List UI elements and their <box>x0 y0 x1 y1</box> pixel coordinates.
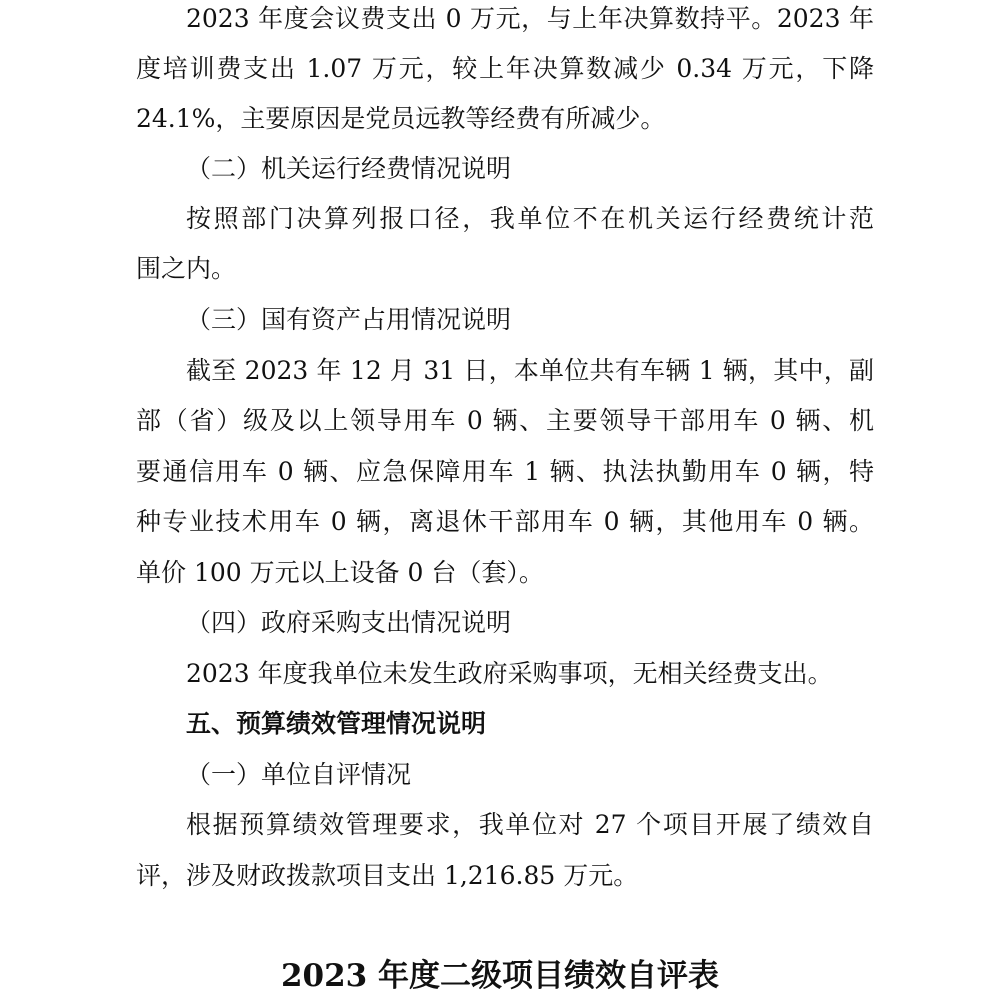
paragraph-line: 根据预算绩效管理要求，我单位对 27 个项目开展了绩效自 <box>186 808 874 842</box>
table-title: 2023 年度二级项目绩效自评表 <box>0 956 1000 996</box>
paragraph-line: 24.1%，主要原因是党员远教等经费有所减少。 <box>136 102 874 136</box>
paragraph-line: 度培训费支出 1.07 万元，较上年决算数减少 0.34 万元，下降 <box>136 52 874 86</box>
paragraph-line: 要通信用车 0 辆、应急保障用车 1 辆、执法执勤用车 0 辆，特 <box>136 455 874 489</box>
section-heading: （三）国有资产占用情况说明 <box>186 303 874 337</box>
part-heading: 五、预算绩效管理情况说明 <box>186 707 874 741</box>
section-heading: （一）单位自评情况 <box>186 758 874 792</box>
paragraph-line: 种专业技术用车 0 辆，离退休干部用车 0 辆，其他用车 0 辆。 <box>136 505 874 539</box>
paragraph-line: 围之内。 <box>136 252 874 286</box>
paragraph-line: 2023 年度会议费支出 0 万元，与上年决算数持平。2023 年 <box>186 2 874 36</box>
paragraph-line: 2023 年度我单位未发生政府采购事项，无相关经费支出。 <box>186 657 874 691</box>
document-page: 2023 年度会议费支出 0 万元，与上年决算数持平。2023 年 度培训费支出… <box>0 0 1000 997</box>
paragraph-line: 截至 2023 年 12 月 31 日，本单位共有车辆 1 辆，其中，副 <box>186 354 874 388</box>
paragraph-line: 按照部门决算列报口径，我单位不在机关运行经费统计范 <box>186 202 874 236</box>
section-heading: （二）机关运行经费情况说明 <box>186 152 874 186</box>
paragraph-line: 单价 100 万元以上设备 0 台（套）。 <box>136 556 874 590</box>
paragraph-line: 部（省）级及以上领导用车 0 辆、主要领导干部用车 0 辆、机 <box>136 404 874 438</box>
section-heading: （四）政府采购支出情况说明 <box>186 606 874 640</box>
paragraph-line: 评，涉及财政拨款项目支出 1,216.85 万元。 <box>136 859 874 893</box>
